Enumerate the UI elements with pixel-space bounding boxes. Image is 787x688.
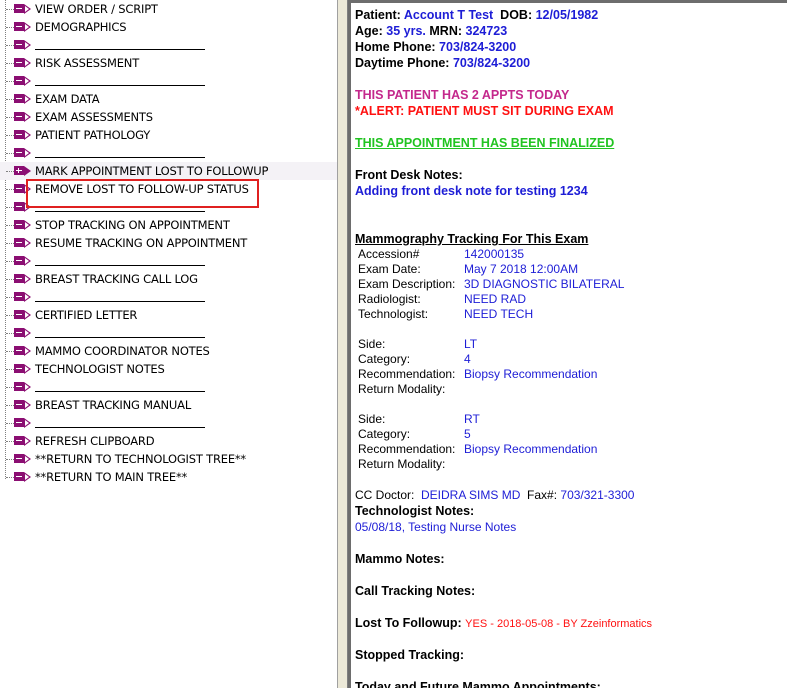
- field-value: NEED TECH: [464, 307, 533, 321]
- home-phone-line: Home Phone: 703/824-3200: [355, 39, 787, 55]
- tree-branch-line: [6, 351, 14, 352]
- side-field-label: Return Modality:: [358, 382, 464, 397]
- separator-line: [35, 157, 205, 158]
- tree-item[interactable]: MARK APPOINTMENT LOST TO FOLLOWUP: [0, 162, 337, 180]
- side-field-value: LT: [464, 337, 477, 351]
- tree-item-label[interactable]: MAMMO COORDINATOR NOTES: [35, 342, 210, 360]
- side-field-label: Recommendation:: [358, 442, 464, 457]
- tracking-field: Radiologist:NEED RAD: [355, 292, 787, 307]
- side-field-label: Side:: [358, 412, 464, 427]
- node-arrow-icon: [24, 148, 31, 158]
- separator-line: [35, 337, 205, 338]
- node-arrow-icon: [24, 238, 31, 248]
- side-field-label: Category:: [358, 427, 464, 442]
- tree-separator[interactable]: [0, 414, 337, 432]
- node-arrow-icon: [24, 472, 31, 482]
- tree-branch-line: [6, 441, 14, 442]
- tree-branch-line: [6, 315, 14, 316]
- pane-splitter[interactable]: [338, 0, 348, 688]
- tree-separator[interactable]: [0, 252, 337, 270]
- collapse-minus-icon[interactable]: [14, 346, 24, 355]
- front-desk-notes-label: Front Desk Notes:: [355, 167, 787, 183]
- tree-item-label[interactable]: BREAST TRACKING CALL LOG: [35, 270, 198, 288]
- tree-item[interactable]: EXAM DATA: [0, 90, 337, 108]
- node-arrow-icon: [24, 40, 31, 50]
- fax-label: Fax#:: [527, 488, 557, 502]
- tree-item[interactable]: EXAM ASSESSMENTS: [0, 108, 337, 126]
- tree-item-label[interactable]: EXAM ASSESSMENTS: [35, 108, 153, 126]
- separator-line: [35, 85, 205, 86]
- home-phone-value: 703/824-3200: [439, 40, 516, 54]
- collapse-minus-icon[interactable]: [14, 436, 24, 445]
- tree-item-label[interactable]: STOP TRACKING ON APPOINTMENT: [35, 216, 230, 234]
- field-label: Radiologist:: [358, 292, 464, 307]
- tree-branch-line: [6, 189, 14, 190]
- separator-line: [35, 49, 205, 50]
- tree-item-label[interactable]: EXAM DATA: [35, 90, 99, 108]
- collapse-minus-icon[interactable]: [14, 58, 24, 67]
- node-arrow-icon: [24, 310, 31, 320]
- tree-item[interactable]: REFRESH CLIPBOARD: [0, 432, 337, 450]
- tree-item[interactable]: TECHNOLOGIST NOTES: [0, 360, 337, 378]
- tree-branch-line: [6, 99, 14, 100]
- daytime-phone-value: 703/824-3200: [453, 56, 530, 70]
- side-field-value: RT: [464, 412, 480, 426]
- collapse-minus-icon[interactable]: [14, 418, 24, 427]
- field-label: Technologist:: [358, 307, 464, 322]
- lost-to-followup-value: YES - 2018-05-08 - BY Zzeinformatics: [465, 618, 652, 630]
- tracking-sides: Side:LTCategory:4Recommendation:Biopsy R…: [355, 337, 787, 472]
- side-field-label: Recommendation:: [358, 367, 464, 382]
- collapse-minus-icon[interactable]: [14, 256, 24, 265]
- collapse-minus-icon[interactable]: [14, 274, 24, 283]
- tree-item[interactable]: VIEW ORDER / SCRIPT: [0, 0, 337, 18]
- navigation-tree: VIEW ORDER / SCRIPTDEMOGRAPHICSRISK ASSE…: [0, 0, 337, 486]
- tree-item-label[interactable]: RESUME TRACKING ON APPOINTMENT: [35, 234, 247, 252]
- stopped-tracking-label: Stopped Tracking:: [355, 647, 787, 663]
- collapse-minus-icon[interactable]: [14, 22, 24, 31]
- tracking-field: Accession#142000135: [355, 247, 787, 262]
- node-arrow-icon: [24, 274, 31, 284]
- separator-line: [35, 265, 205, 266]
- cc-doctor-label: CC Doctor:: [355, 488, 414, 502]
- tree-item-label[interactable]: **RETURN TO TECHNOLOGIST TREE**: [35, 450, 246, 468]
- tree-separator[interactable]: [0, 288, 337, 306]
- daytime-phone-label: Daytime Phone:: [355, 56, 449, 70]
- collapse-minus-icon[interactable]: [14, 400, 24, 409]
- tracking-field: Exam Description:3D DIAGNOSTIC BILATERAL: [355, 277, 787, 292]
- dob-value: 12/05/1982: [536, 8, 599, 22]
- navigation-tree-panel: VIEW ORDER / SCRIPTDEMOGRAPHICSRISK ASSE…: [0, 0, 338, 688]
- collapse-minus-icon[interactable]: [14, 310, 24, 319]
- node-arrow-icon: [24, 346, 31, 356]
- node-arrow-icon: [24, 328, 31, 338]
- tree-item[interactable]: CERTIFIED LETTER: [0, 306, 337, 324]
- collapse-minus-icon[interactable]: [14, 472, 24, 481]
- tree-item[interactable]: RISK ASSESSMENT: [0, 54, 337, 72]
- separator-line: [35, 211, 205, 212]
- tree-branch-line: [6, 45, 14, 46]
- node-arrow-icon: [24, 418, 31, 428]
- field-label: Exam Description:: [358, 277, 464, 292]
- node-arrow-icon: [24, 58, 31, 68]
- side-field-value: Biopsy Recommendation: [464, 367, 597, 381]
- node-arrow-icon: [24, 454, 31, 464]
- age-value: 35 yrs.: [386, 24, 426, 38]
- collapse-minus-icon[interactable]: [14, 184, 24, 193]
- tree-branch-line: [6, 135, 14, 136]
- tree-item-label[interactable]: DEMOGRAPHICS: [35, 18, 126, 36]
- front-desk-note: Adding front desk note for testing 1234: [355, 183, 787, 199]
- collapse-minus-icon[interactable]: [14, 454, 24, 463]
- finalized-notice: THIS APPOINTMENT HAS BEEN FINALIZED: [355, 135, 787, 151]
- side-field: Recommendation:Biopsy Recommendation: [355, 367, 787, 382]
- node-arrow-icon: [24, 22, 31, 32]
- node-arrow-icon: [24, 292, 31, 302]
- expand-plus-icon[interactable]: [14, 166, 24, 175]
- tree-branch-line: [6, 207, 14, 208]
- collapse-minus-icon[interactable]: [14, 112, 24, 121]
- lost-to-followup-label: Lost To Followup:: [355, 616, 462, 630]
- age-line: Age: 35 yrs. MRN: 324723: [355, 23, 787, 39]
- collapse-minus-icon[interactable]: [14, 130, 24, 139]
- tree-branch-line: [6, 63, 14, 64]
- side-field-label: Return Modality:: [358, 457, 464, 472]
- separator-line: [35, 391, 205, 392]
- tree-item-label[interactable]: TECHNOLOGIST NOTES: [35, 360, 165, 378]
- tree-item-label[interactable]: BREAST TRACKING MANUAL: [35, 396, 191, 414]
- tree-branch-line: [6, 459, 14, 460]
- side-field-label: Side:: [358, 337, 464, 352]
- tree-branch-line: [6, 81, 14, 82]
- mrn-label: MRN:: [429, 24, 462, 38]
- tree-item-label[interactable]: CERTIFIED LETTER: [35, 306, 137, 324]
- tree-branch-line: [6, 333, 14, 334]
- node-arrow-icon: [24, 220, 31, 230]
- node-arrow-icon: [24, 382, 31, 392]
- tree-branch-line: [6, 27, 14, 28]
- tree-item-label[interactable]: PATIENT PATHOLOGY: [35, 126, 150, 144]
- side-field: Side:RT: [355, 412, 787, 427]
- side-field-label: Category:: [358, 352, 464, 367]
- node-arrow-icon: [24, 130, 31, 140]
- tree-separator[interactable]: [0, 36, 337, 54]
- technologist-notes-label: Technologist Notes:: [355, 503, 787, 519]
- cc-doctor-line: CC Doctor: DEIDRA SIMS MD Fax#: 703/321-…: [355, 487, 787, 503]
- field-value: NEED RAD: [464, 292, 526, 306]
- collapse-minus-icon[interactable]: [14, 202, 24, 211]
- node-arrow-icon: [24, 364, 31, 374]
- tree-item[interactable]: STOP TRACKING ON APPOINTMENT: [0, 216, 337, 234]
- side-field: Recommendation:Biopsy Recommendation: [355, 442, 787, 457]
- separator-line: [35, 427, 205, 428]
- side-field: Category:4: [355, 352, 787, 367]
- tree-item-label[interactable]: RISK ASSESSMENT: [35, 54, 139, 72]
- tree-item[interactable]: BREAST TRACKING CALL LOG: [0, 270, 337, 288]
- highlight-annotation-box: [26, 179, 259, 208]
- node-arrow-icon: [24, 76, 31, 86]
- field-value: May 7 2018 12:00AM: [464, 262, 578, 276]
- tree-item[interactable]: **RETURN TO MAIN TREE**: [0, 468, 337, 486]
- tree-branch-line: [6, 297, 14, 298]
- side-field-value: Biopsy Recommendation: [464, 442, 597, 456]
- collapse-minus-icon[interactable]: [14, 4, 24, 13]
- tree-branch-line: [6, 117, 14, 118]
- collapse-minus-icon[interactable]: [14, 220, 24, 229]
- tree-branch-line: [6, 279, 14, 280]
- appts-today-notice: THIS PATIENT HAS 2 APPTS TODAY: [355, 87, 787, 103]
- call-tracking-notes-label: Call Tracking Notes:: [355, 583, 787, 599]
- tree-branch-line: [6, 369, 14, 370]
- tree-separator[interactable]: [0, 378, 337, 396]
- side-field-value: 5: [464, 427, 471, 441]
- collapse-minus-icon[interactable]: [14, 328, 24, 337]
- patient-line: Patient: Account T Test DOB: 12/05/1982: [355, 7, 787, 23]
- tracking-title: Mammography Tracking For This Exam: [355, 231, 787, 247]
- tree-separator[interactable]: [0, 144, 337, 162]
- collapse-minus-icon[interactable]: [14, 148, 24, 157]
- field-value: 142000135: [464, 247, 524, 261]
- home-phone-label: Home Phone:: [355, 40, 436, 54]
- collapse-minus-icon[interactable]: [14, 94, 24, 103]
- tree-branch-line: [6, 405, 14, 406]
- tree-branch-line: [6, 387, 14, 388]
- tracking-field: Technologist:NEED TECH: [355, 307, 787, 322]
- node-arrow-icon: [24, 256, 31, 266]
- dob-label: DOB:: [500, 8, 532, 22]
- side-field: Category:5: [355, 427, 787, 442]
- side-field-value: 4: [464, 352, 471, 366]
- tree-branch-line: [6, 171, 14, 172]
- field-label: Exam Date:: [358, 262, 464, 277]
- tree-branch-line: [6, 9, 14, 10]
- technologist-note: 05/08/18, Testing Nurse Notes: [355, 519, 787, 535]
- lost-to-followup-line: Lost To Followup: YES - 2018-05-08 - BY …: [355, 615, 787, 631]
- cc-doctor-name: DEIDRA SIMS MD: [421, 488, 520, 502]
- node-arrow-icon: [24, 166, 31, 176]
- tree-item-label[interactable]: VIEW ORDER / SCRIPT: [35, 0, 158, 18]
- tree-item[interactable]: MAMMO COORDINATOR NOTES: [0, 342, 337, 360]
- patient-alert: *ALERT: PATIENT MUST SIT DURING EXAM: [355, 103, 787, 119]
- mrn-value: 324723: [466, 24, 508, 38]
- tree-branch-line: [6, 243, 14, 244]
- tree-branch-line: [6, 153, 14, 154]
- side-field: Side:LT: [355, 337, 787, 352]
- tree-item-label[interactable]: MARK APPOINTMENT LOST TO FOLLOWUP: [35, 162, 268, 180]
- tree-item-label[interactable]: **RETURN TO MAIN TREE**: [35, 468, 187, 486]
- tree-item-label[interactable]: REFRESH CLIPBOARD: [35, 432, 154, 450]
- collapse-minus-icon[interactable]: [14, 382, 24, 391]
- tree-item[interactable]: BREAST TRACKING MANUAL: [0, 396, 337, 414]
- daytime-phone-line: Daytime Phone: 703/824-3200: [355, 55, 787, 71]
- tree-branch-line: [6, 423, 14, 424]
- node-arrow-icon: [24, 112, 31, 122]
- tree-item[interactable]: DEMOGRAPHICS: [0, 18, 337, 36]
- separator-line: [35, 301, 205, 302]
- collapse-minus-icon[interactable]: [14, 76, 24, 85]
- fax-value: 703/321-3300: [560, 488, 634, 502]
- collapse-minus-icon[interactable]: [14, 364, 24, 373]
- tree-branch-line: [6, 225, 14, 226]
- side-field: Return Modality:: [355, 457, 787, 472]
- mammo-notes-label: Mammo Notes:: [355, 551, 787, 567]
- node-arrow-icon: [24, 400, 31, 410]
- node-arrow-icon: [24, 436, 31, 446]
- node-arrow-icon: [24, 4, 31, 14]
- tree-item[interactable]: **RETURN TO TECHNOLOGIST TREE**: [0, 450, 337, 468]
- patient-label: Patient:: [355, 8, 401, 22]
- field-value: 3D DIAGNOSTIC BILATERAL: [464, 277, 624, 291]
- collapse-minus-icon[interactable]: [14, 40, 24, 49]
- tree-item[interactable]: RESUME TRACKING ON APPOINTMENT: [0, 234, 337, 252]
- tracking-fields: Accession#142000135Exam Date:May 7 2018 …: [355, 247, 787, 322]
- collapse-minus-icon[interactable]: [14, 292, 24, 301]
- tree-item[interactable]: PATIENT PATHOLOGY: [0, 126, 337, 144]
- tree-separator[interactable]: [0, 72, 337, 90]
- age-label: Age:: [355, 24, 383, 38]
- clipboard-panel: Patient: Account T Test DOB: 12/05/1982 …: [348, 0, 787, 688]
- field-label: Accession#: [358, 247, 464, 262]
- node-arrow-icon: [24, 94, 31, 104]
- tracking-field: Exam Date:May 7 2018 12:00AM: [355, 262, 787, 277]
- tree-branch-line: [6, 477, 14, 478]
- tree-branch-line: [6, 261, 14, 262]
- collapse-minus-icon[interactable]: [14, 238, 24, 247]
- tree-separator[interactable]: [0, 324, 337, 342]
- patient-name: Account T Test: [404, 8, 493, 22]
- future-appointments-label: Today and Future Mammo Appointments:: [355, 679, 787, 688]
- side-field: Return Modality:: [355, 382, 787, 397]
